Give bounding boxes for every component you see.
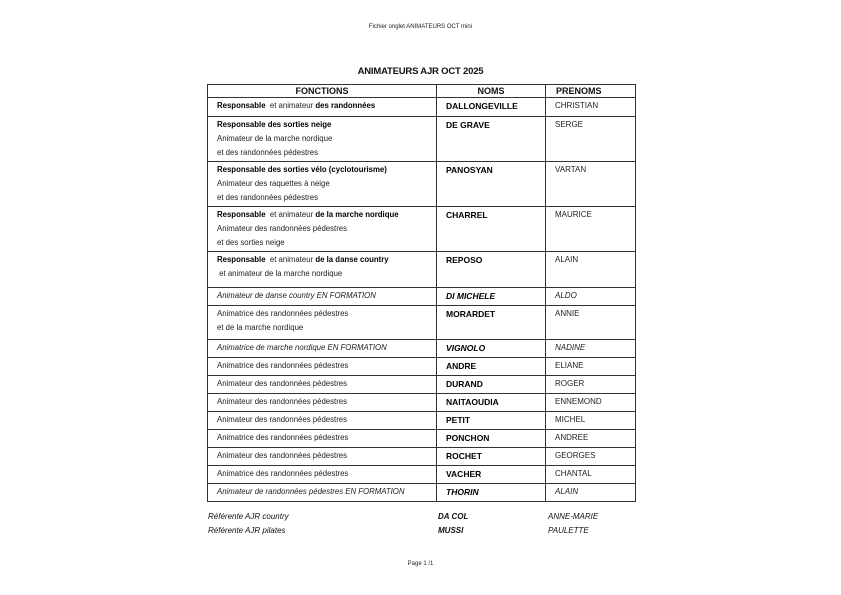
fonction-line: Animateur des randonnées pédestres: [217, 395, 436, 409]
prenom-cell: ELIANE: [546, 358, 636, 376]
fonction-cell: Responsable et animateur de la marche no…: [208, 207, 437, 252]
column-header-noms: NOMS: [437, 85, 546, 98]
fonction-cell: Responsable et animateur de la danse cou…: [208, 252, 437, 288]
nom-cell: DALLONGEVILLE: [437, 98, 546, 117]
fonction-line: Animateur des randonnées pédestres: [217, 449, 436, 463]
referent-fonction: Référente AJR country: [208, 512, 289, 521]
fonction-cell: Responsable et animateur des randonnéesp…: [208, 98, 437, 117]
fonction-cell: Responsable des sorties vélo (cyclotouri…: [208, 162, 437, 207]
table-row: Responsable des sorties vélo (cyclotouri…: [208, 162, 636, 207]
nom-cell: THORIN: [437, 484, 546, 502]
fonction-cell: Responsable des sorties neigeAnimateur d…: [208, 117, 437, 162]
referent-fonction: Référente AJR pilates: [208, 526, 286, 535]
header-note: Fichier onglet ANIMATEURS OCT mini: [0, 24, 841, 30]
prenom-cell: NADINE: [546, 340, 636, 358]
nom-cell: PETIT: [437, 412, 546, 430]
table-row: Animateur de randonnées pédestres EN FOR…: [208, 484, 636, 502]
table-row: Responsable et animateur des randonnéesp…: [208, 98, 636, 117]
referent-row: Référente AJR pilates MUSSI PAULETTE: [208, 526, 628, 540]
fonction-line: Responsable et animateur de la danse cou…: [217, 253, 436, 267]
fonction-line: Animatrice des randonnées pédestres: [217, 359, 436, 373]
prenom-cell: CHRISTIAN: [546, 98, 636, 117]
fonction-line: et de la marche nordique: [217, 321, 436, 335]
nom-cell: PONCHON: [437, 430, 546, 448]
fonction-line: pédestres: [217, 113, 436, 114]
fonction-line: Animatrice de marche nordique EN FORMATI…: [217, 341, 436, 355]
fonction-cell: Animateur de danse country EN FORMATION: [208, 288, 437, 306]
prenom-cell: MICHEL: [546, 412, 636, 430]
fonction-line: Responsable et animateur des randonnées: [217, 99, 436, 113]
table-row: Animatrice des randonnées pédestresVACHE…: [208, 466, 636, 484]
nom-cell: CHARREL: [437, 207, 546, 252]
prenom-cell: ENNEMOND: [546, 394, 636, 412]
nom-cell: REPOSO: [437, 252, 546, 288]
referent-nom: DA COL: [438, 512, 468, 521]
table-header-row: FONCTIONS NOMS PRENOMS: [208, 85, 636, 98]
prenom-cell: VARTAN: [546, 162, 636, 207]
table-row: Animateur de danse country EN FORMATIOND…: [208, 288, 636, 306]
fonction-line: Animatrice des randonnées pédestres: [217, 467, 436, 481]
prenom-cell: CHANTAL: [546, 466, 636, 484]
prenom-cell: GEORGES: [546, 448, 636, 466]
fonction-line: Animateur des randonnées pédestres: [217, 222, 436, 236]
table-row: Animatrice des randonnées pédestresPONCH…: [208, 430, 636, 448]
fonction-line: Animateur des raquettes à neige: [217, 177, 436, 191]
fonction-line: et des sorties neige: [217, 236, 436, 250]
fonction-line: Animateur de randonnées pédestres EN FOR…: [217, 485, 436, 499]
fonction-cell: Animateur des randonnées pédestres: [208, 412, 437, 430]
nom-cell: NAITAOUDIA: [437, 394, 546, 412]
fonction-line: Animateur de la marche nordique: [217, 132, 436, 146]
table-row: Responsable des sorties neigeAnimateur d…: [208, 117, 636, 162]
table-row: Animateur des randonnées pédestresPETITM…: [208, 412, 636, 430]
fonction-cell: Animatrice des randonnées pédestres: [208, 358, 437, 376]
fonction-line: Animateur de danse country EN FORMATION: [217, 289, 436, 303]
page-number: Page 1 /1: [0, 561, 841, 567]
table-row: Animatrice des randonnées pédestreset de…: [208, 306, 636, 340]
fonction-line: Animatrice des randonnées pédestres: [217, 431, 436, 445]
prenom-cell: ALDO: [546, 288, 636, 306]
fonction-line: et animateur de la marche nordique: [217, 267, 436, 281]
document-title: ANIMATEURS AJR OCT 2025: [0, 66, 841, 77]
nom-cell: ANDRE: [437, 358, 546, 376]
nom-cell: VACHER: [437, 466, 546, 484]
prenom-cell: ALAIN: [546, 252, 636, 288]
table-row: Animatrice des randonnées pédestresANDRE…: [208, 358, 636, 376]
prenom-cell: ROGER: [546, 376, 636, 394]
fonction-line: Animatrice des randonnées pédestres: [217, 307, 436, 321]
prenom-cell: ANDREE: [546, 430, 636, 448]
animateurs-table: FONCTIONS NOMS PRENOMS Responsable et an…: [207, 84, 636, 502]
referent-prenom: PAULETTE: [548, 526, 589, 535]
column-header-fonctions: FONCTIONS: [208, 85, 437, 98]
fonction-cell: Animatrice des randonnées pédestres: [208, 466, 437, 484]
fonction-line: Responsable des sorties vélo (cyclotouri…: [217, 163, 436, 177]
referent-prenom: ANNE-MARIE: [548, 512, 598, 521]
table-row: Responsable et animateur de la marche no…: [208, 207, 636, 252]
nom-cell: ROCHET: [437, 448, 546, 466]
referent-nom: MUSSI: [438, 526, 463, 535]
fonction-line: Animateur des randonnées pédestres: [217, 377, 436, 391]
nom-cell: PANOSYAN: [437, 162, 546, 207]
fonction-cell: Animatrice des randonnées pédestres: [208, 430, 437, 448]
table-row: Animatrice de marche nordique EN FORMATI…: [208, 340, 636, 358]
prenom-cell: ALAIN: [546, 484, 636, 502]
referents-block: Référente AJR country DA COL ANNE-MARIE …: [208, 512, 628, 540]
fonction-line: Responsable et animateur de la marche no…: [217, 208, 436, 222]
fonction-line: Responsable des sorties neige: [217, 118, 436, 132]
fonction-cell: Animatrice de marche nordique EN FORMATI…: [208, 340, 437, 358]
prenom-cell: SERGE: [546, 117, 636, 162]
fonction-cell: Animateur de randonnées pédestres EN FOR…: [208, 484, 437, 502]
table-row: Animateur des randonnées pédestresROCHET…: [208, 448, 636, 466]
table-row: Animateur des randonnées pédestresDURAND…: [208, 376, 636, 394]
nom-cell: DURAND: [437, 376, 546, 394]
fonction-line: et des randonnées pédestres: [217, 146, 436, 160]
prenom-cell: ANNIE: [546, 306, 636, 340]
fonction-cell: Animateur des randonnées pédestres: [208, 448, 437, 466]
table-row: Responsable et animateur de la danse cou…: [208, 252, 636, 288]
fonction-cell: Animatrice des randonnées pédestreset de…: [208, 306, 437, 340]
fonction-line: et des randonnées pédestres: [217, 191, 436, 205]
referent-row: Référente AJR country DA COL ANNE-MARIE: [208, 512, 628, 526]
nom-cell: DE GRAVE: [437, 117, 546, 162]
fonction-cell: Animateur des randonnées pédestres: [208, 376, 437, 394]
fonction-cell: Animateur des randonnées pédestres: [208, 394, 437, 412]
table-body: Responsable et animateur des randonnéesp…: [208, 98, 636, 502]
column-header-prenoms: PRENOMS: [546, 85, 636, 98]
nom-cell: DI MICHELE: [437, 288, 546, 306]
nom-cell: VIGNOLO: [437, 340, 546, 358]
fonction-line: Animateur des randonnées pédestres: [217, 413, 436, 427]
prenom-cell: MAURICE: [546, 207, 636, 252]
table-row: Animateur des randonnées pédestresNAITAO…: [208, 394, 636, 412]
nom-cell: MORARDET: [437, 306, 546, 340]
